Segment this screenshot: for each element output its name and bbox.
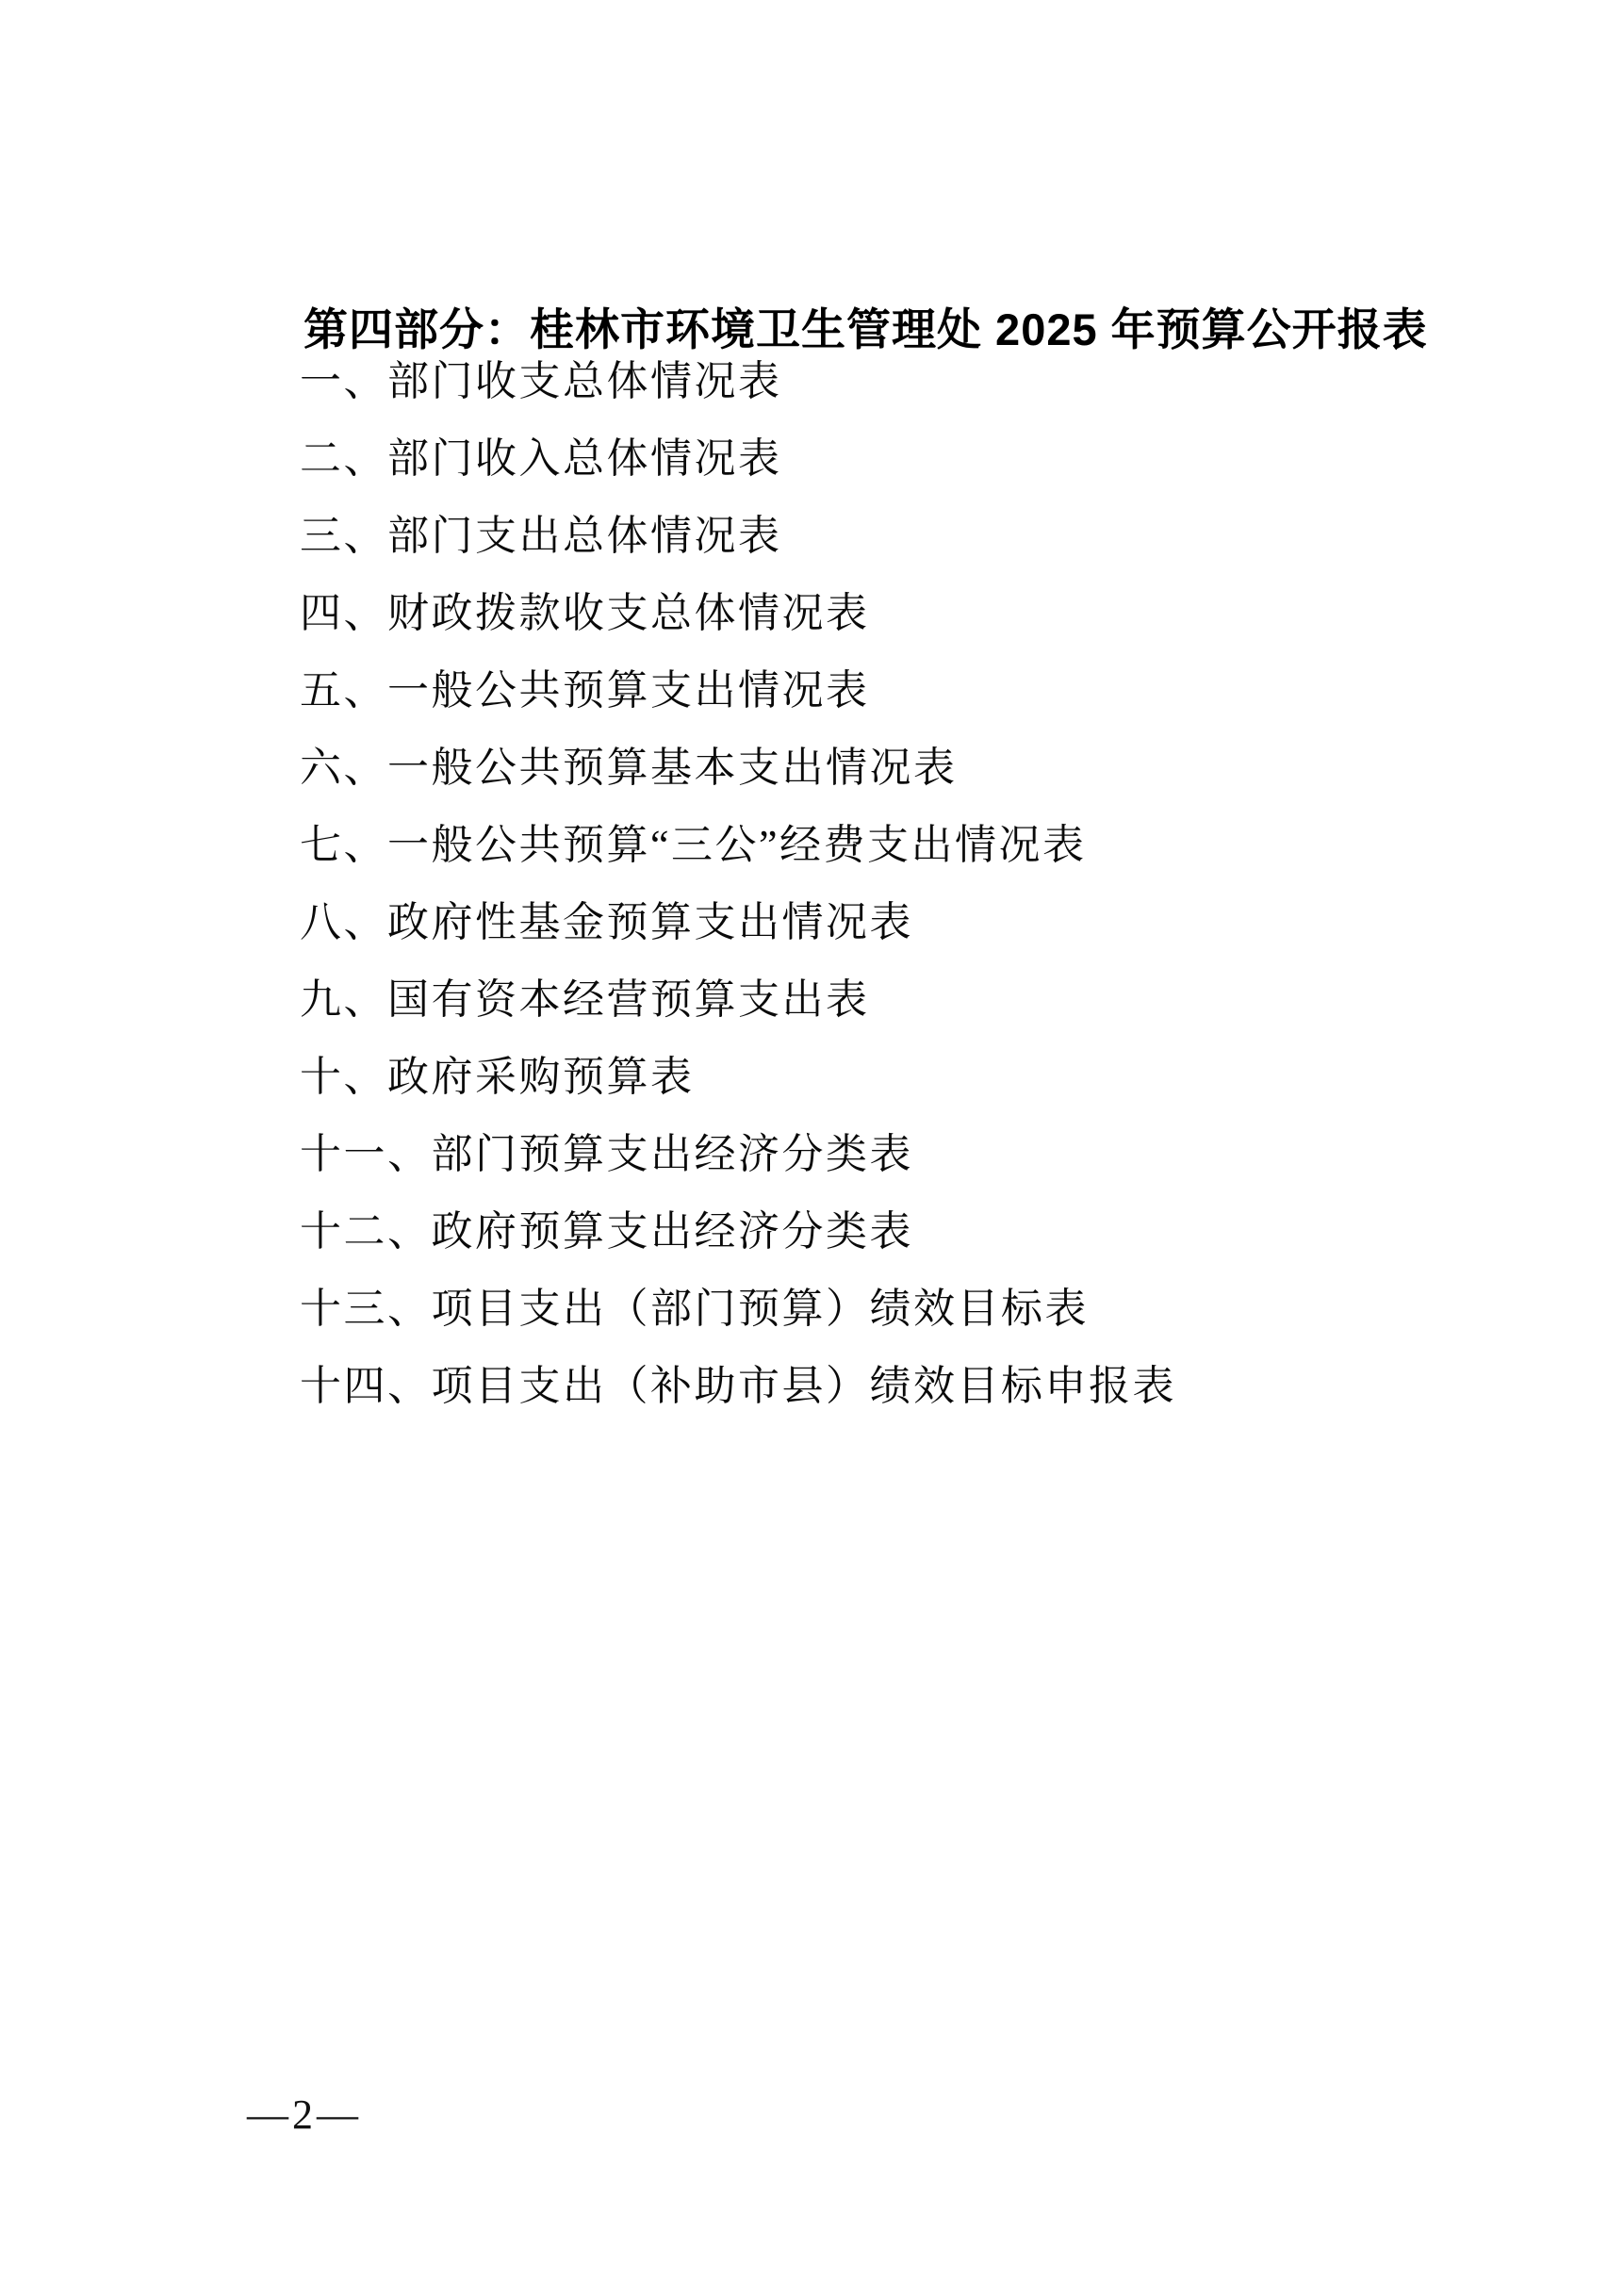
list-item: 九、国有资本经营预算支出表 [300,961,1525,1039]
list-item: 八、政府性基金预算支出情况表 [300,884,1525,961]
list-item: 十、政府采购预算表 [300,1039,1525,1116]
list-item: 一、部门收支总体情况表 [300,343,1525,420]
table-of-contents-list: 一、部门收支总体情况表 二、部门收入总体情况表 三、部门支出总体情况表 四、财政… [300,343,1525,1425]
list-item: 十一、部门预算支出经济分类表 [300,1116,1525,1193]
list-item: 七、一般公共预算“三公”经费支出情况表 [300,807,1525,884]
list-item: 十二、政府预算支出经济分类表 [300,1193,1525,1271]
list-item: 三、部门支出总体情况表 [300,498,1525,575]
list-item: 六、一般公共预算基本支出情况表 [300,730,1525,807]
list-item: 二、部门收入总体情况表 [300,420,1525,498]
list-item: 四、财政拨款收支总体情况表 [300,575,1525,652]
list-item: 十四、项目支出（补助市县）绩效目标申报表 [300,1348,1525,1425]
list-item: 五、一般公共预算支出情况表 [300,652,1525,730]
list-item: 十三、项目支出（部门预算）绩效目标表 [300,1271,1525,1348]
page-number: —2— [247,2091,362,2139]
document-page: 第四部分：桂林市环境卫生管理处 2025 年预算公开报表 一、部门收支总体情况表… [0,0,1624,2296]
